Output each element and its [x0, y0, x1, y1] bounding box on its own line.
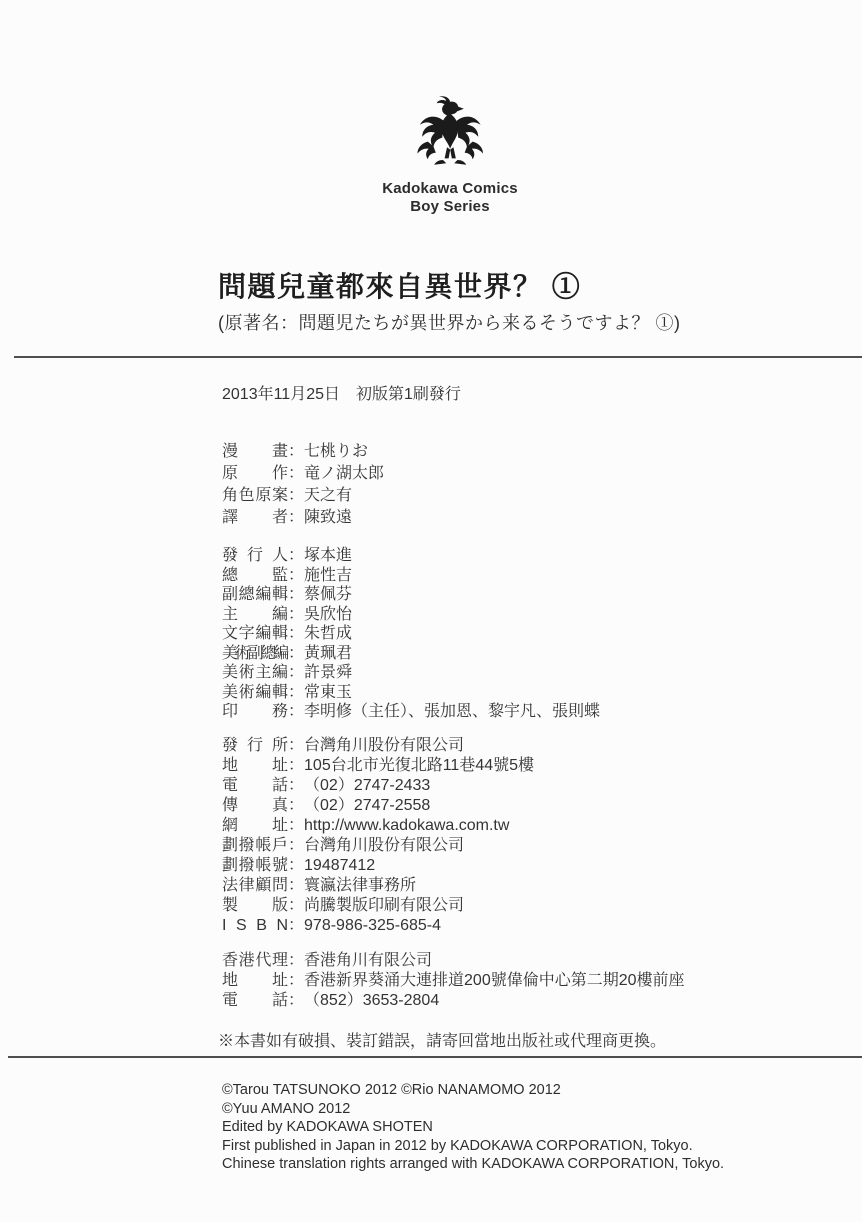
credit-label: 印務 — [222, 702, 288, 722]
credit-value: 朱哲成 — [304, 625, 352, 642]
credit-row: 印務：李明修（主任）、張加恩、黎宇凡、張則蝶 — [222, 702, 600, 722]
credit-value: 香港新界葵涌大連排道200號偉倫中心第二期20樓前座 — [304, 972, 685, 989]
credit-row: 劃撥帳戶：台灣角川股份有限公司 — [222, 836, 534, 856]
credit-colon: ： — [288, 756, 304, 776]
credit-row: 地址：香港新界葵涌大連排道200號偉倫中心第二期20樓前座 — [222, 971, 685, 991]
credit-value: 蔡佩芬 — [304, 586, 352, 603]
credit-row: 法律顧問：寰瀛法律事務所 — [222, 876, 534, 896]
credit-label: 法律顧問 — [222, 876, 288, 896]
credit-colon: ： — [288, 463, 304, 485]
credit-label: 譯者 — [222, 507, 288, 529]
credit-value: 天之有 — [304, 487, 352, 504]
credit-label: 香港代理 — [222, 951, 288, 971]
credit-label: 電話 — [222, 991, 288, 1011]
credit-label: 地址 — [222, 971, 288, 991]
credit-value: （852）3653-2804 — [304, 992, 439, 1009]
credit-value: （02）2747-2433 — [304, 777, 430, 794]
title-block: 問題兒童都來自異世界？ ① (原著名：問題児たちが異世界から来るそうですよ？ ①… — [218, 271, 681, 335]
replacement-notice: ※本書如有破損、裝訂錯誤，請寄回當地出版社或代理商更換。 — [218, 1028, 666, 1051]
hongkong-agent-info: 香港代理：香港角川有限公司地址：香港新界葵涌大連排道200號偉倫中心第二期20樓… — [222, 951, 685, 1011]
editorial-credits: 發行人：塚本進總監：施性吉副總編輯：蔡佩芬主編：吳欣怡文字編輯：朱哲成美術副總編… — [222, 546, 600, 722]
credit-label: 角色原案 — [222, 485, 288, 507]
credit-row: 發行人：塚本進 — [222, 546, 600, 566]
credit-value: （02）2747-2558 — [304, 797, 430, 814]
credit-row: 製版：尚騰製版印刷有限公司 — [222, 896, 534, 916]
credit-colon: ： — [288, 776, 304, 796]
credit-colon: ： — [288, 644, 304, 664]
credit-value: 常東玉 — [304, 684, 352, 701]
copyright-line: ©Yuu AMANO 2012 — [222, 1100, 724, 1119]
copyright-line: Chinese translation rights arranged with… — [222, 1155, 724, 1174]
credit-value: 許景舜 — [304, 664, 352, 681]
credit-row: 角色原案：天之有 — [222, 485, 384, 507]
credit-label: 文字編輯 — [222, 624, 288, 644]
credit-row: 漫畫：七桃りお — [222, 441, 384, 463]
credit-colon: ： — [288, 485, 304, 507]
credit-row: 美術副總編：黃珮君 — [222, 644, 600, 664]
credit-row: 傳真：（02）2747-2558 — [222, 796, 534, 816]
copyright-line: First published in Japan in 2012 by KADO… — [222, 1137, 724, 1156]
credit-colon: ： — [288, 991, 304, 1011]
credit-label: 製版 — [222, 896, 288, 916]
copyright-line: Edited by KADOKAWA SHOTEN — [222, 1118, 724, 1137]
credit-value: http://www.kadokawa.com.tw — [304, 817, 509, 834]
credit-row: 主編：吳欣怡 — [222, 605, 600, 625]
credit-label: 總監 — [222, 566, 288, 586]
publisher-logo: Kadokawa Comics Boy Series — [382, 88, 518, 216]
credit-row: 地址：105台北市光復北路11巷44號5樓 — [222, 756, 534, 776]
credit-label: 地址 — [222, 756, 288, 776]
credit-value: 19487412 — [304, 857, 375, 874]
credit-label: 主編 — [222, 605, 288, 625]
credit-colon: ： — [288, 663, 304, 683]
credit-value: 台灣角川股份有限公司 — [304, 837, 464, 854]
credit-colon: ： — [288, 856, 304, 876]
credit-colon: ： — [288, 702, 304, 722]
credit-colon: ： — [288, 624, 304, 644]
credit-value: 香港角川有限公司 — [304, 952, 432, 969]
credit-value: 塚本進 — [304, 547, 352, 564]
credit-colon: ： — [288, 951, 304, 971]
copyright-block: ©Tarou TATSUNOKO 2012 ©Rio NANAMOMO 2012… — [222, 1081, 724, 1174]
credit-value: 尚騰製版印刷有限公司 — [304, 897, 464, 914]
credit-label: I S B N — [222, 916, 288, 936]
credit-label: 網址 — [222, 816, 288, 836]
credit-value: 寰瀛法律事務所 — [304, 877, 416, 894]
credit-colon: ： — [288, 916, 304, 936]
credit-value: 105台北市光復北路11巷44號5樓 — [304, 757, 534, 774]
credit-label: 原作 — [222, 463, 288, 485]
credit-row: 電話：（02）2747-2433 — [222, 776, 534, 796]
credit-colon: ： — [288, 816, 304, 836]
credit-colon: ： — [288, 546, 304, 566]
credit-value: 施性吉 — [304, 567, 352, 584]
credit-row: 美術編輯：常東玉 — [222, 683, 600, 703]
credit-row: 美術主編：許景舜 — [222, 663, 600, 683]
credit-row: 香港代理：香港角川有限公司 — [222, 951, 685, 971]
divider-bottom — [8, 1056, 862, 1058]
credit-label: 劃撥帳號 — [222, 856, 288, 876]
credit-row: 網址：http://www.kadokawa.com.tw — [222, 816, 534, 836]
divider-top — [14, 356, 862, 358]
credit-label: 傳真 — [222, 796, 288, 816]
credit-row: I S B N：978-986-325-685-4 — [222, 916, 534, 936]
credit-colon: ： — [288, 736, 304, 756]
credit-row: 總監：施性吉 — [222, 566, 600, 586]
credit-value: 台灣角川股份有限公司 — [304, 737, 464, 754]
staff-credits: 漫畫：七桃りお原作：竜ノ湖太郎角色原案：天之有譯者：陳致遠 — [222, 441, 384, 529]
credit-row: 譯者：陳致遠 — [222, 507, 384, 529]
credit-colon: ： — [288, 441, 304, 463]
colophon-page: { "punct": { "colon": "：" }, "logo": { "… — [0, 0, 862, 1222]
credit-value: 竜ノ湖太郎 — [304, 465, 384, 482]
credit-label: 美術副總編 — [222, 644, 288, 664]
credit-row: 電話：（852）3653-2804 — [222, 991, 685, 1011]
credit-value: 七桃りお — [304, 443, 368, 460]
credit-label: 美術編輯 — [222, 683, 288, 703]
credit-colon: ： — [288, 836, 304, 856]
credit-label: 副總編輯 — [222, 585, 288, 605]
logo-text-line1: Kadokawa Comics — [382, 180, 518, 198]
credit-value: 吳欣怡 — [304, 606, 352, 623]
credit-colon: ： — [288, 876, 304, 896]
edition-date: 2013年11月25日 初版第1刷發行 — [222, 381, 461, 404]
credit-colon: ： — [288, 507, 304, 529]
credit-label: 電話 — [222, 776, 288, 796]
credit-colon: ： — [288, 796, 304, 816]
credit-colon: ： — [288, 585, 304, 605]
credit-label: 發行人 — [222, 546, 288, 566]
credit-colon: ： — [288, 896, 304, 916]
credit-colon: ： — [288, 566, 304, 586]
credit-row: 劃撥帳號：19487412 — [222, 856, 534, 876]
credit-value: 黃珮君 — [304, 645, 352, 662]
book-title: 問題兒童都來自異世界？ ① — [218, 271, 681, 303]
credit-value: 李明修（主任）、張加恩、黎宇凡、張則蝶 — [304, 703, 600, 720]
credit-label: 劃撥帳戶 — [222, 836, 288, 856]
credit-colon: ： — [288, 683, 304, 703]
credit-colon: ： — [288, 971, 304, 991]
credit-row: 副總編輯：蔡佩芬 — [222, 585, 600, 605]
credit-colon: ： — [288, 605, 304, 625]
publisher-info: 發行所：台灣角川股份有限公司地址：105台北市光復北路11巷44號5樓電話：（0… — [222, 736, 534, 936]
credit-row: 原作：竜ノ湖太郎 — [222, 463, 384, 485]
credit-label: 美術主編 — [222, 663, 288, 683]
credit-value: 陳致遠 — [304, 509, 352, 526]
credit-value: 978-986-325-685-4 — [304, 917, 441, 934]
logo-text-line2: Boy Series — [382, 198, 518, 216]
credit-label: 發行所 — [222, 736, 288, 756]
kadokawa-phoenix-icon — [410, 88, 490, 176]
copyright-line: ©Tarou TATSUNOKO 2012 ©Rio NANAMOMO 2012 — [222, 1081, 724, 1100]
credit-row: 文字編輯：朱哲成 — [222, 624, 600, 644]
credit-label: 漫畫 — [222, 441, 288, 463]
original-title: (原著名：問題児たちが異世界から来るそうですよ？ ①) — [218, 309, 681, 335]
credit-row: 發行所：台灣角川股份有限公司 — [222, 736, 534, 756]
